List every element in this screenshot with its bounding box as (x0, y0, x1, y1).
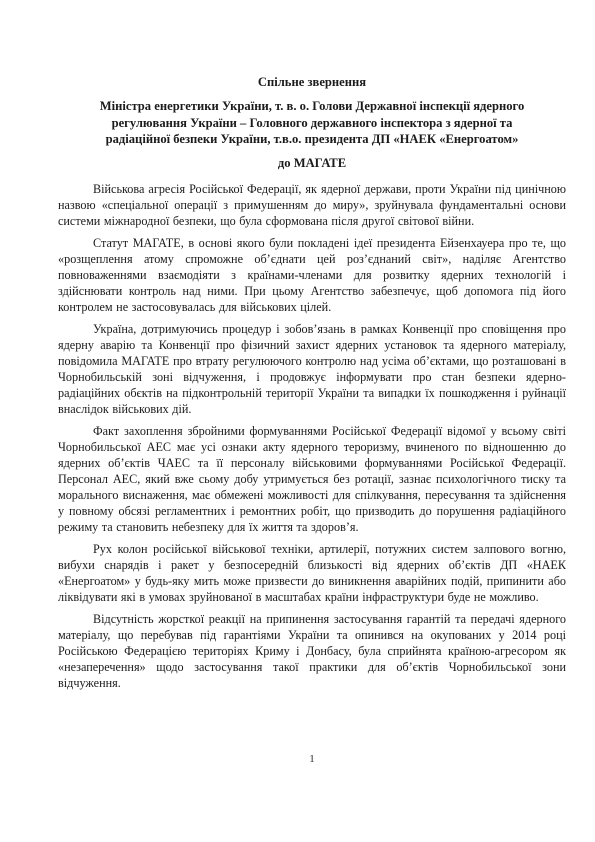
heading-line: Міністра енергетики України, т. в. о. Го… (58, 98, 566, 115)
document-body: Військова агресія Російської Федерації, … (58, 181, 566, 691)
document-page: Спільне звернення Міністра енергетики Ук… (0, 0, 595, 842)
paragraph: Статут МАГАТЕ, в основі якого були покла… (58, 235, 566, 315)
heading-line: радіаційної безпеки України, т.в.о. през… (58, 131, 566, 148)
paragraph: Відсутність жорсткої реакції на припинен… (58, 611, 566, 691)
addressee-line: до МАГАТЕ (58, 155, 566, 172)
paragraph: Факт захоплення збройними формуваннями Р… (58, 423, 566, 535)
document-heading: Міністра енергетики України, т. в. о. Го… (58, 98, 566, 148)
page-number: 1 (58, 752, 566, 766)
paragraph: Україна, дотримуючись процедур і зобов’я… (58, 321, 566, 417)
paragraph: Рух колон російської військової техніки,… (58, 541, 566, 605)
paragraph: Військова агресія Російської Федерації, … (58, 181, 566, 229)
heading-line: регулювання України – Головного державно… (58, 115, 566, 132)
document-title: Спільне звернення (58, 74, 566, 91)
